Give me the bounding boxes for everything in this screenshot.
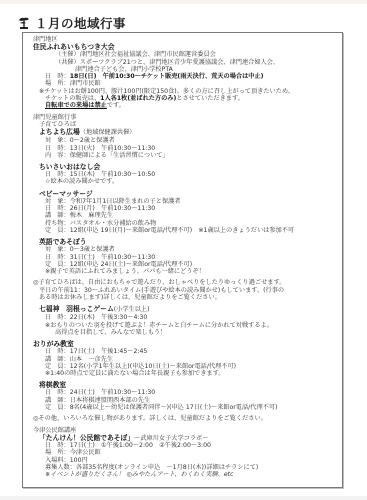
event-row: 講 師：山本 一彦先生 [33, 356, 342, 363]
other-note: ◎その他、いろいろな催し物があります。詳しくは、児童館だよりをご覧ください。 [33, 415, 342, 422]
bicycle-note: 自転車での来場は禁止です。 [33, 102, 342, 109]
event-row: 日 時：31日(土) 午前10:30～11:30 [33, 254, 342, 261]
event-row: 定 員：12組(申込 19日(月)～来館or電話/代理不可) ※1歳以上のきょう… [33, 227, 342, 234]
top-edge [0, 0, 367, 4]
event-row: 日 時：17日(土) 午後1:45～2:45 [33, 348, 342, 355]
event-note: ※おもりのついた羽を投げて遊ぶよ！赤チームと白チームに分かれて対戦するよ。 [33, 322, 342, 329]
section-label: 津門児童館行事 [33, 114, 342, 121]
event-row: 日 時：24日(土) 午前10:30～11:30 [33, 389, 342, 396]
event-note: ※イベントが盛りだくさん！ ◎みやたんアート、わくわく実験、etc [33, 471, 342, 478]
section-label: 今津公民館講座 [33, 427, 342, 434]
event-note: ※親子で英語にふれてみましょう。パパも一緒にどうぞ！ [33, 268, 342, 275]
event-row: 定 員：8名(4歳以上～幼児は保護者同伴～)(申込 17日(土)～来館or電話/… [33, 404, 342, 411]
event-row: 講 師：梅木 麻理先生 [33, 212, 342, 219]
event-row: 場 所：今津公民館 [33, 449, 342, 456]
event-row: 日 時：13日(火) 午前10:30～11:30 [33, 145, 342, 152]
cosponsor: （共催）スポーツクラブ21つと、津門地区青少年愛護協議会、津門連合婦人会、 [33, 59, 342, 66]
hiroba-note-cont: 平日の午前11：30～ふれあいタイム(手遊びや絵本の読み聞かせ)もしています。(… [33, 287, 342, 294]
page-header: １月の地域行事 [17, 14, 126, 32]
event-row: 講 師：日本将棋連盟関西本部の先生 [33, 397, 342, 404]
event-row: 対 象：令和7年1月1日以降生まれの子と保護者 [33, 198, 342, 205]
event-title: ちいさいおはなし会 [33, 163, 342, 171]
event-note: ☆絵本の読み聞かせです。 [33, 178, 342, 185]
events-box: 津門地区 住民ふれあいもちつき大会 （主催）津門地区社会福祉協議会、津門市民館運… [22, 32, 343, 488]
event-row: 持ち物：バスタオル・水分補給の飲み物 [33, 220, 342, 227]
event-row: 内 容：保健師による「生活習慣について」 [33, 152, 342, 159]
event-row: 日 時：22日(木) 午後3:30～4:30 [33, 314, 342, 321]
event-title: よちよち広場（地域保健課共催） [33, 128, 342, 137]
event-row: 定 員：12名(小学1年生以上)(申込10日(土)～来館or電話/代理不可) [33, 363, 342, 370]
event-row: 入場料：100円 [33, 457, 342, 464]
event-title: ベビーマッサージ [33, 190, 342, 198]
event-row: 対 象：0～2歳と保護者 [33, 137, 342, 144]
organizer: （主催）津門地区社会福祉協議会、津門市民館運営委員会 [33, 51, 342, 58]
event-place: 場 所：津門市民館 [33, 80, 342, 87]
event-note: ※1:40の時点で定員に満たない場合は年長親子も参加できます。 [33, 370, 342, 377]
event-title: 「たんけん！公民館であそぼ」～武庫川女子大学コラボ～ [33, 434, 342, 442]
bonsai-tree-icon [17, 16, 31, 30]
hiroba-note: ◎子育てひろばは、自由におもちゃで遊んだり、おしゃべりをしたりゆっくり過ごせます… [33, 279, 342, 286]
event-title: 七福神 羽根っこゲーム(小学生以上) [33, 305, 342, 314]
event-note-cont: 高得点を目指して、みんなで楽しもう！ [33, 329, 342, 336]
ticket-note: ※チケットはお餅100円、豚汁100円(限定150食)。多くの方に召し上がって頂… [33, 88, 342, 95]
bottom-edge [0, 496, 367, 500]
hiroba-note-cont: ある時はお休みします)詳しくは、児童館だよりをご覧ください。 [33, 294, 342, 301]
page-title: １月の地域行事 [35, 14, 126, 32]
event-row: 対 象：0～3歳と保護者 [33, 246, 342, 253]
event-title: おりがみ教室 [33, 340, 342, 348]
